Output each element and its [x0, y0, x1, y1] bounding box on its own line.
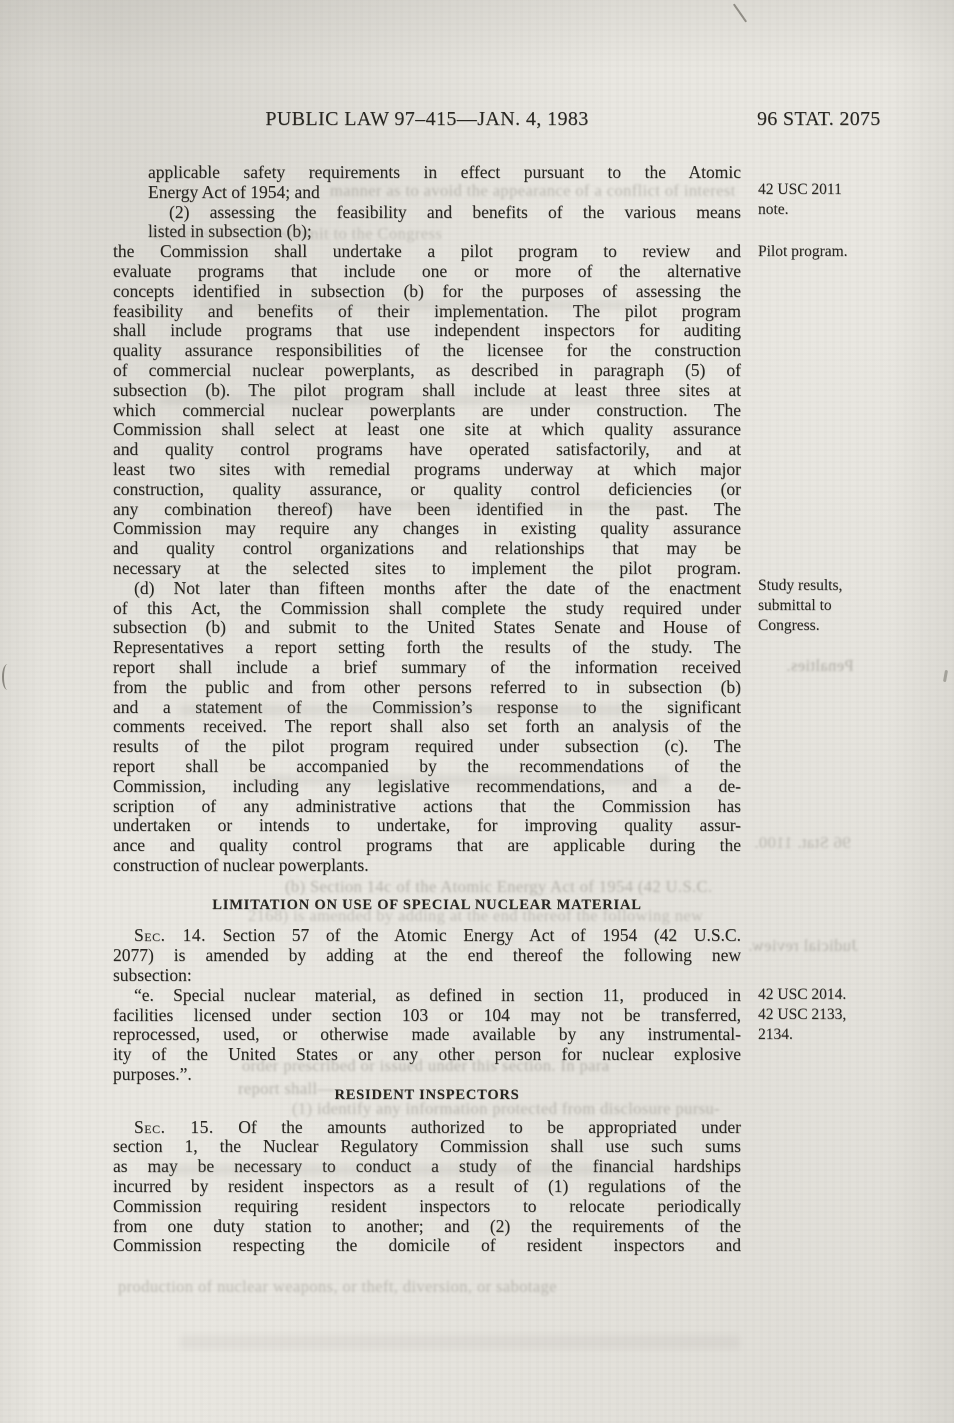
text-line: undertaken or intends to undertake, for … — [113, 816, 741, 836]
text-line: concepts identified in subsection (b) fo… — [113, 282, 741, 302]
small-caps-section-label: Sec. 15. — [134, 1117, 214, 1137]
paper-smudge — [250, 775, 670, 785]
text-line: “e. Special nuclear material, as defined… — [113, 986, 741, 1006]
text-line: construction, quality assurance, or qual… — [113, 480, 741, 500]
text-line: Representatives a report setting forth t… — [113, 638, 741, 658]
right-edge-speck — [943, 670, 948, 682]
text-line: least two sites with remedial programs u… — [113, 460, 741, 480]
scanned-statute-page: PUBLIC LAW 97–415—JAN. 4, 1983 96 STAT. … — [0, 0, 954, 1423]
margin-note-42-usc-2011: 42 USC 2011 note. — [758, 180, 886, 220]
text-line: from one duty station to another; and (2… — [113, 1217, 741, 1237]
bleed-through-line: Commission shall submit to the Congress — [152, 224, 442, 244]
paper-smudge — [150, 1165, 650, 1175]
text-line: evaluate programs that include one or mo… — [113, 262, 741, 282]
bleed-through-note-judicial-review: Judicial review. — [748, 936, 858, 956]
text-line: facilities licensed under section 103 or… — [113, 1006, 741, 1026]
text-line: incurred by resident inspectors as a res… — [113, 1177, 741, 1197]
bleed-through-note-penalties: Penalties. — [786, 656, 854, 676]
text-line: 2077) is amended by adding at the end th… — [113, 946, 741, 966]
text-line: the Commission shall undertake a pilot p… — [113, 242, 741, 262]
text-line: subsection (b) and submit to the United … — [113, 618, 741, 638]
paper-smudge — [200, 300, 630, 310]
text-line: ance and quality control programs that a… — [113, 836, 741, 856]
bleed-through-line: (1) identify any information protected f… — [292, 1099, 720, 1119]
text-line: Sec. 15. Of the amounts authorized to be… — [113, 1118, 741, 1138]
text-line: results of the pilot program required un… — [113, 737, 741, 757]
text-line: applicable safety requirements in effect… — [148, 163, 741, 183]
paragraph-d-study-report: (d) Not later than fifteen months after … — [113, 579, 741, 876]
text-line: scription of any administrative actions … — [113, 797, 741, 817]
text-line: report shall include a brief summary of … — [113, 658, 741, 678]
text-line: of this Act, the Commission shall comple… — [113, 599, 741, 619]
left-edge-mark — [2, 664, 13, 690]
paper-smudge — [180, 705, 640, 715]
text-line: and quality control programs have operat… — [113, 440, 741, 460]
text-line: necessary at the selected sites to imple… — [113, 559, 741, 579]
margin-note-pilot-program: Pilot program. — [758, 242, 886, 262]
running-head-title: PUBLIC LAW 97–415—JAN. 4, 1983 — [113, 108, 741, 131]
paragraph-pilot-program: the Commission shall undertake a pilot p… — [113, 242, 741, 579]
text-line: Commission respecting the domicile of re… — [113, 1236, 741, 1256]
text-line: Sec. 14. Section 57 of the Atomic Energy… — [113, 926, 741, 946]
bleed-through-line: order prescribed or issued under this se… — [242, 1056, 610, 1076]
text-line: from the public and from other persons r… — [113, 678, 741, 698]
small-caps-section-label: Sec. 14. — [134, 925, 206, 945]
text-line: comments received. The report shall also… — [113, 717, 741, 737]
text-line: report shall be accompanied by the recom… — [113, 757, 741, 777]
margin-note-42-usc-2014: 42 USC 2014. 42 USC 2133, 2134. — [758, 985, 886, 1045]
paper-smudge — [160, 395, 680, 405]
paragraph-sec-15: Sec. 15. Of the amounts authorized to be… — [113, 1118, 741, 1257]
text-line: shall include programs that use independ… — [113, 321, 741, 341]
text-line: subsection: — [113, 966, 741, 986]
stat-page-number: 96 STAT. 2075 — [757, 108, 897, 131]
text-line: reprocessed, used, or otherwise made ava… — [113, 1025, 741, 1045]
text-line: of commercial nuclear powerplants, as de… — [113, 361, 741, 381]
text-line: section 1, the Nuclear Regulatory Commis… — [113, 1137, 741, 1157]
text-line: Commission shall select at least one sit… — [113, 420, 741, 440]
text-line: (2) assessing the feasibility and benefi… — [148, 203, 741, 223]
text-line: Commission requiring resident inspectors… — [113, 1197, 741, 1217]
paper-smudge — [300, 500, 680, 510]
text-line: and quality control organizations and re… — [113, 539, 741, 559]
bleed-through-line: production of nuclear weapons, or theft,… — [118, 1277, 557, 1297]
bleed-through-line: (b) Section 14c of the Atomic Energy Act… — [285, 877, 713, 897]
bleed-through-line: manner as to avoid the appearance of a c… — [330, 181, 736, 201]
text-line: quality assurance responsibilities of th… — [113, 341, 741, 361]
text-line: Commission may require any changes in ex… — [113, 519, 741, 539]
paragraph-sec-14: Sec. 14. Section 57 of the Atomic Energy… — [113, 926, 741, 985]
text-line: (d) Not later than fifteen months after … — [113, 579, 741, 599]
paper-smudge — [180, 1335, 740, 1349]
bleed-through-note-stat-1100: 96 Stat. 1100. — [754, 833, 851, 853]
bleed-through-line: 2168) is amended by adding at the end th… — [248, 906, 703, 926]
margin-note-study-results: Study results, submittal to Congress. — [758, 576, 886, 636]
bleed-through-line: report shall— — [238, 1079, 334, 1099]
text-line: construction of nuclear powerplants. — [113, 856, 741, 876]
pen-mark — [733, 3, 747, 22]
